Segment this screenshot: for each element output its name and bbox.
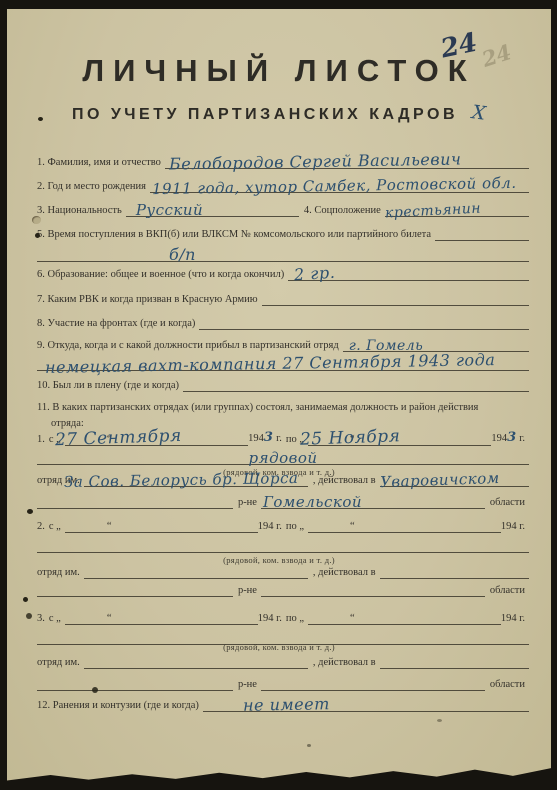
closing-quote: “ xyxy=(107,613,112,624)
field-3-4-row: 3. Национальность Русский 4. Соцположени… xyxy=(37,197,529,217)
closing-quote: “ xyxy=(350,613,355,624)
entry-1-district-leadline xyxy=(37,488,233,509)
field-8-label: 8. Участие на фронтах (где и когда) xyxy=(37,318,199,330)
entry-3-from-line: “ xyxy=(65,604,258,625)
entry-1-district-row: р-не Гомельской области xyxy=(37,489,529,509)
field-2-row: 2. Год и место рождения 1911 года, хутор… xyxy=(37,173,529,193)
field-2-line: 1911 года, хутор Самбек, Ростовской обл. xyxy=(150,172,529,193)
field-4-value-handwritten: крестьянин xyxy=(384,200,481,221)
field-2-label: 2. Год и место рождения xyxy=(37,181,150,193)
field-5-continuation-row: б/п xyxy=(37,242,529,262)
entry-3-district-line xyxy=(261,670,485,691)
document-paper: 24 24 ЛИЧНЫЙ ЛИСТОК ПО УЧЕТУ ПАРТИЗАНСКИ… xyxy=(7,9,551,782)
field-6-label: 6. Образование: общее и военное (что и к… xyxy=(37,269,288,281)
unit-prefix-label: отряд им. xyxy=(37,657,84,669)
field-9-line2: немецкая вахт-компания 27 Сентября 1943 … xyxy=(37,350,529,371)
paper-fleck xyxy=(307,744,311,747)
entry-1-district-handwritten: Гомельской xyxy=(263,493,362,511)
entry-2-to-line: “ xyxy=(308,512,501,533)
year-printed: 194 xyxy=(501,613,517,624)
entry-1-dates-row: 1. с „ “ 27 Сентября 1943 г. по „ “ 25 Н… xyxy=(37,426,529,446)
acted-label: , действовал в xyxy=(308,475,380,487)
field-1-label: 1. Фамилия, имя и отчество xyxy=(37,157,165,169)
field-9-row: 9. Откуда, когда и с какой должности при… xyxy=(37,332,529,352)
handwritten-check-mark: X xyxy=(471,101,488,125)
ink-speck xyxy=(35,233,40,238)
year-suffix: г. xyxy=(276,613,282,624)
field-4-line: крестьянин xyxy=(385,196,529,217)
field-10-line xyxy=(183,371,529,392)
year-suffix: г. xyxy=(276,521,282,532)
entry-2-from-line: “ xyxy=(65,512,258,533)
field-9-line: г. Гомель xyxy=(343,331,529,352)
field-3-label: 3. Национальность xyxy=(37,205,126,217)
field-5-trailing-line xyxy=(435,220,529,241)
entry-2-role-line xyxy=(37,532,529,553)
field-4-label: 4. Соцположение xyxy=(299,205,385,217)
field-1-value-handwritten: Белобородов Сергей Васильевич xyxy=(169,149,462,173)
entry-2-role-row xyxy=(37,533,529,553)
field-12-label: 12. Ранения и контузии (где и когда) xyxy=(37,700,203,712)
paper-hole xyxy=(32,216,41,224)
entry-3-district-row: р-не области xyxy=(37,671,529,691)
field-1-row: 1. Фамилия, имя и отчество Белобородов С… xyxy=(37,149,529,169)
entry-1-to-year-digit: 3 xyxy=(507,430,517,445)
ink-speck xyxy=(23,597,28,602)
field-12-row: 12. Ранения и контузии (где и когда) не … xyxy=(37,692,529,712)
form-subtitle-row: ПО УЧЕТУ ПАРТИЗАНСКИХ КАДРОВ X xyxy=(7,102,551,124)
closing-quote: “ xyxy=(350,521,355,532)
entry-3-acted-line xyxy=(380,648,529,669)
entry-2-dates-row: 2. с „ “ 194 г. по „ “ 194 г. xyxy=(37,513,529,533)
year-suffix: г. xyxy=(519,613,525,624)
entry-3-unit-line xyxy=(84,648,308,669)
entry-2-district-leadline xyxy=(37,576,233,597)
entry-3-unit-row: отряд им. , действовал в xyxy=(37,649,529,669)
field-10-label: 10. Был ли в плену (где и когда) xyxy=(37,380,183,392)
field-7-line xyxy=(262,285,529,306)
field-12-line: не имеет xyxy=(203,691,529,712)
year-suffix: г. xyxy=(276,433,282,444)
entry-1-role-row: рядовой xyxy=(37,445,529,465)
scan-background: { "annotations": { "page_number": "24", … xyxy=(0,0,557,790)
entry-1-role-handwritten: рядовой xyxy=(249,449,318,467)
paper-fleck xyxy=(437,719,442,722)
field-9-continuation-row: немецкая вахт-компания 27 Сентября 1943 … xyxy=(37,351,529,371)
form-title: ЛИЧНЫЙ ЛИСТОК xyxy=(7,53,551,89)
field-12-value-handwritten: не имеет xyxy=(243,694,330,715)
oblast-label: области xyxy=(485,497,529,509)
ink-speck xyxy=(38,117,43,121)
oblast-label: области xyxy=(485,585,529,597)
entry-1-unit-row: отряд им. За Сов. Белорусь бр. Щорса , д… xyxy=(37,467,529,487)
field-2-value-handwritten: 1911 года, хутор Самбек, Ростовской обл. xyxy=(152,174,517,198)
form-subtitle: ПО УЧЕТУ ПАРТИЗАНСКИХ КАДРОВ xyxy=(72,106,458,123)
field-6-row: 6. Образование: общее и военное (что и к… xyxy=(37,261,529,281)
entry-2-district-row: р-не области xyxy=(37,577,529,597)
year-printed: 194 xyxy=(258,613,274,624)
entry-1-role-line: рядовой xyxy=(37,444,529,465)
entry-1-district-line: Гомельской xyxy=(261,488,485,509)
year-suffix: г. xyxy=(519,521,525,532)
year-printed: 194 xyxy=(501,521,517,532)
field-5-label: 5. Время поступления в ВКП(б) или ВЛКСМ … xyxy=(37,229,435,241)
field-8-row: 8. Участие на фронтах (где и когда) xyxy=(37,310,529,330)
field-7-row: 7. Каким РВК и когда призван в Красную А… xyxy=(37,286,529,306)
ink-speck xyxy=(92,687,98,693)
closing-quote: “ xyxy=(107,521,112,532)
entry-1-from-year-digit: 3 xyxy=(264,430,274,445)
ink-speck xyxy=(26,613,32,619)
rne-label: р-не xyxy=(233,497,261,509)
year-printed: 194 xyxy=(258,521,274,532)
entry-1-acted-line: Уваровичском xyxy=(380,466,529,487)
field-8-line xyxy=(199,309,529,330)
year-printed: 194 xyxy=(491,433,507,444)
ink-speck xyxy=(27,509,33,514)
field-5-row: 5. Время поступления в ВКП(б) или ВЛКСМ … xyxy=(37,221,529,241)
oblast-label: области xyxy=(485,679,529,691)
entry-1-unit-line: За Сов. Белорусь бр. Щорса xyxy=(84,466,308,487)
field-5-line: б/п xyxy=(37,241,529,262)
field-10-row: 10. Был ли в плену (где и когда) xyxy=(37,372,529,392)
entry-2-district-line xyxy=(261,576,485,597)
field-3-line: Русский xyxy=(126,196,299,217)
entry-1-to-line: “ 25 Ноября xyxy=(308,425,491,446)
entry-3-district-leadline xyxy=(37,670,233,691)
acted-label: , действовал в xyxy=(308,657,380,669)
field-6-line: 2 гр. xyxy=(288,260,529,281)
year-printed: 194 xyxy=(248,433,264,444)
entry-3-to-line: “ xyxy=(308,604,501,625)
rne-label: р-не xyxy=(233,679,261,691)
year-suffix: г. xyxy=(519,433,525,444)
entry-3-dates-row: 3. с „ “ 194 г. по „ “ 194 г. xyxy=(37,605,529,625)
field-7-label: 7. Каким РВК и когда призван в Красную А… xyxy=(37,294,262,306)
field-6-value-handwritten: 2 гр. xyxy=(294,263,336,285)
field-1-line: Белобородов Сергей Васильевич xyxy=(165,148,529,169)
entry-1-from-line: “ 27 Сентября xyxy=(65,425,248,446)
rne-label: р-не xyxy=(233,585,261,597)
field-3-value-handwritten: Русский xyxy=(136,201,203,219)
